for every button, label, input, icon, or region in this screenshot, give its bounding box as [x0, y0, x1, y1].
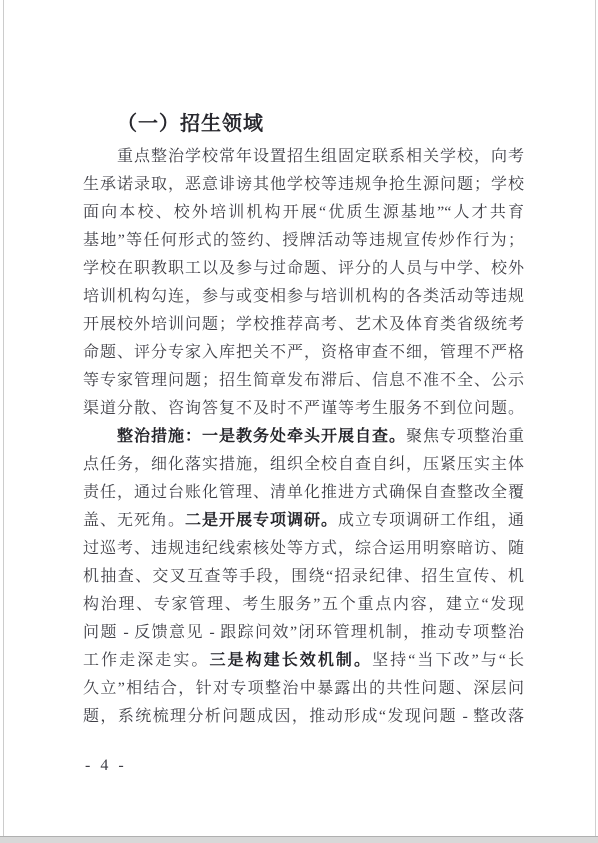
text-line: 培训机构勾连，参与或变相参与培训机构的各类活动等违规 — [83, 283, 524, 311]
text-line: 久立”相结合，针对专项整治中暴露出的共性问题、深层问 — [83, 675, 524, 703]
text-line: 盖、无死角。二是开展专项调研。成立专项调研工作组，通 — [83, 507, 524, 535]
page-gap-strip — [0, 836, 598, 843]
text-line: 题，系统梳理分析问题成因，推动形成“发现问题 - 整改落 — [83, 703, 524, 731]
text-line: 整治措施：一是教务处牵头开展自查。聚焦专项整治重 — [83, 423, 524, 451]
text-line: 点任务，细化落实措施，组织全校自查自纠，压紧压实主体 — [83, 451, 524, 479]
text-line: 命题、评分专家入库把关不严，资格审查不细，管理不严格 — [83, 339, 524, 367]
text-line: 生承诺录取，恶意诽谤其他学校等违规争抢生源问题；学校 — [83, 171, 524, 199]
text-line: 责任，通过台账化管理、清单化推进方式确保自查整改全覆 — [83, 479, 524, 507]
document-content: （一）招生领域 重点整治学校常年设置招生组固定联系相关学校，向考生承诺录取，恶意… — [83, 110, 524, 731]
text-line: 开展校外培训问题；学校推荐高考、艺术及体育类省级统考 — [83, 311, 524, 339]
text-line: 面向本校、校外培训机构开展“优质生源基地”“人才共育 — [83, 199, 524, 227]
text-line: 重点整治学校常年设置招生组固定联系相关学校，向考 — [83, 143, 524, 171]
document-page: （一）招生领域 重点整治学校常年设置招生组固定联系相关学校，向考生承诺录取，恶意… — [3, 0, 596, 837]
section-heading: （一）招生领域 — [83, 110, 524, 138]
text-line: 工作走深走实。三是构建长效机制。坚持“当下改”与“长 — [83, 647, 524, 675]
text-line: 等专家管理问题；招生简章发布滞后、信息不准不全、公示 — [83, 367, 524, 395]
text-line: 渠道分散、咨询答复不及时不严谨等考生服务不到位问题。 — [83, 395, 524, 423]
text-line: 问题 - 反馈意见 - 跟踪问效”闭环管理机制，推动专项整治 — [83, 619, 524, 647]
text-line: 基地”等任何形式的签约、授牌活动等违规宣传炒作行为； — [83, 227, 524, 255]
text-line: 学校在职教职工以及参与过命题、评分的人员与中学、校外 — [83, 255, 524, 283]
document-body: 重点整治学校常年设置招生组固定联系相关学校，向考生承诺录取，恶意诽谤其他学校等违… — [83, 143, 524, 731]
text-line: 过巡考、违规违纪线索核处等方式，综合运用明察暗访、随 — [83, 535, 524, 563]
text-line: 构治理、专家管理、考生服务”五个重点内容，建立“发现 — [83, 591, 524, 619]
page-number: - 4 - — [85, 752, 127, 780]
text-line: 机抽查、交叉互查等手段，围绕“招录纪律、招生宣传、机 — [83, 563, 524, 591]
